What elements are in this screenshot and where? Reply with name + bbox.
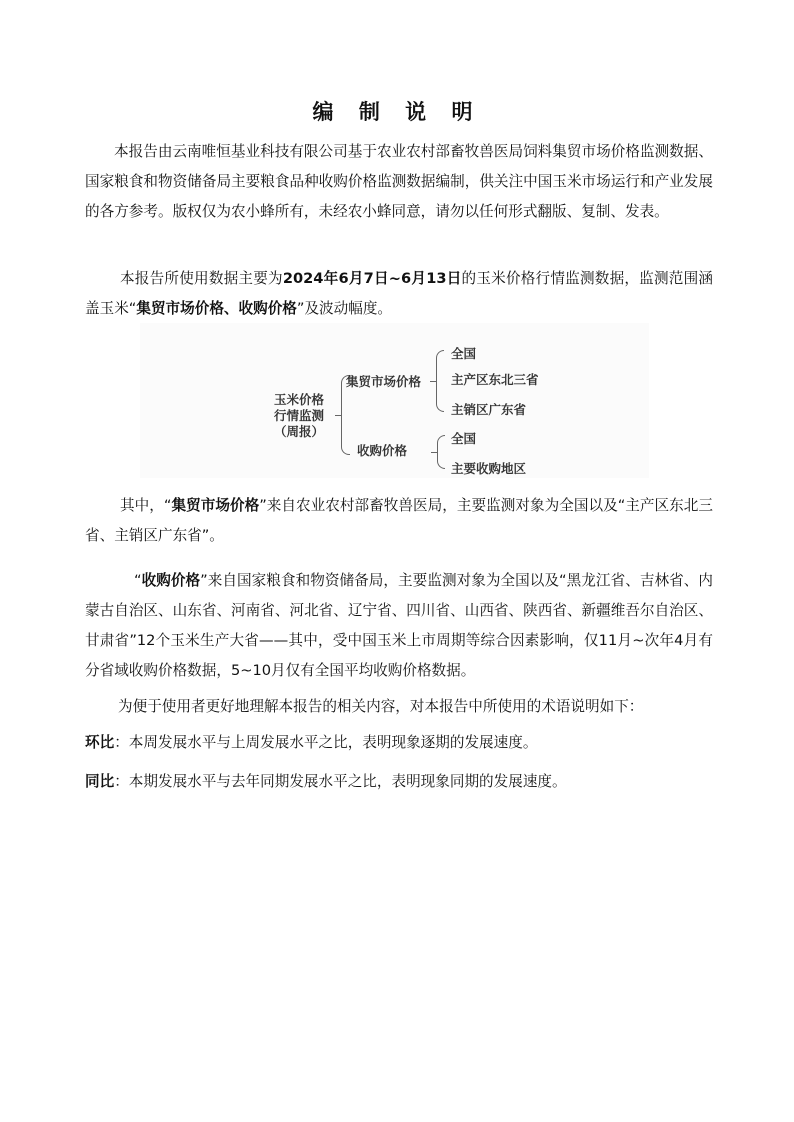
definition-text: ：本周发展水平与上周发展水平之比，表明现象逐期的发展速度。 (114, 734, 537, 751)
purchase-price-source-paragraph: “收购价格”来自国家粮食和物资储备局，主要监测对象为全国以及“黑龙江省、吉林省、… (85, 566, 713, 686)
root-line: 玉米价格 (268, 392, 330, 408)
purchase-brace (437, 435, 445, 469)
data-scope-paragraph: 本报告所使用数据主要为2024年6月7日~6月13日的玉米价格行情监测数据，监测… (85, 264, 713, 324)
market-child: 全国 (451, 344, 476, 362)
branch-market-price: 集贸市场价格 (346, 372, 421, 390)
terminology-intro: 为便于使用者更好地理解本报告的相关内容，对本报告中所使用的术语说明如下： (85, 692, 713, 722)
scope-terms: 集贸市场价格、收购价格 (136, 300, 297, 317)
root-line: （周报） (268, 424, 330, 440)
definition-yoy: 同比：本期发展水平与去年同期发展水平之比，表明现象同期的发展速度。 (85, 770, 725, 794)
definition-term: 环比 (85, 734, 114, 751)
market-child: 主产区东北三省 (451, 370, 539, 388)
document-title: 编 制 说 明 (0, 96, 794, 126)
root-line: 行情监测 (268, 408, 330, 424)
intro-paragraph: 本报告由云南唯恒基业科技有限公司基于农业农村部畜牧兽医局饲料集贸市场价格监测数据… (85, 137, 713, 227)
definition-mom: 环比：本周发展水平与上周发展水平之比，表明现象逐期的发展速度。 (85, 731, 725, 755)
monitoring-structure-diagram: 玉米价格 行情监测 （周报） 集贸市场价格 全国 主产区东北三省 主销区广东省 … (140, 323, 649, 478)
purchase-child: 全国 (451, 429, 476, 447)
diagram-root: 玉米价格 行情监测 （周报） (268, 392, 330, 440)
text: ”及波动幅度。 (297, 300, 392, 317)
term-market-price: 集贸市场价格 (171, 497, 259, 514)
branch-purchase-price: 收购价格 (357, 441, 407, 459)
market-price-source-paragraph: 其中，“集贸市场价格”来自农业农村部畜牧兽医局，主要监测对象为全国以及“主产区东… (85, 491, 713, 551)
term-purchase-price: 收购价格 (142, 572, 201, 589)
text: 本报告所使用数据主要为 (120, 270, 283, 287)
purchase-child: 主要收购地区 (451, 459, 526, 477)
definition-term: 同比 (85, 773, 114, 790)
market-child: 主销区广东省 (451, 400, 526, 418)
text: “ (134, 572, 142, 589)
definition-text: ：本期发展水平与去年同期发展水平之比，表明现象同期的发展速度。 (114, 773, 566, 790)
text: 其中，“ (120, 497, 171, 514)
date-range: 2024年6月7日~6月13日 (283, 270, 462, 287)
market-brace (436, 350, 444, 412)
